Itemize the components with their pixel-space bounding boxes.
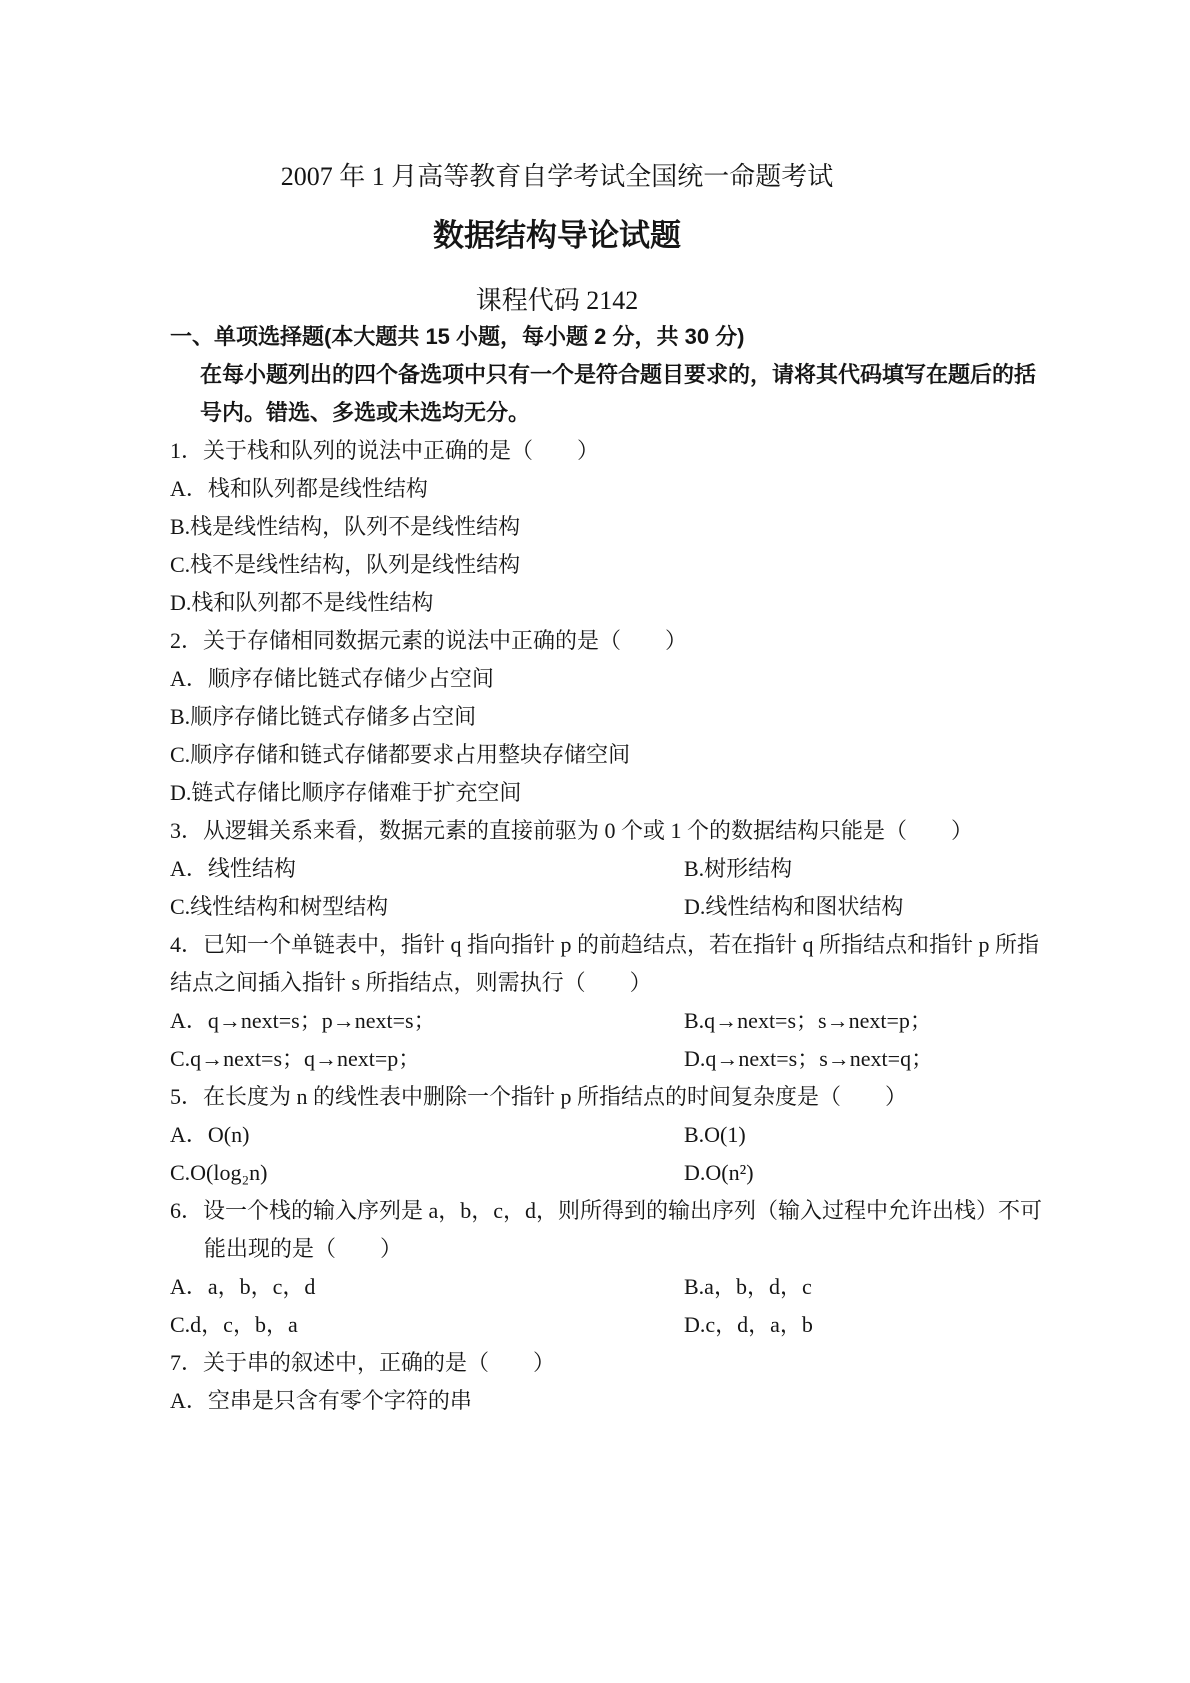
question-5-option-d: D.O(n²) bbox=[684, 1154, 1022, 1192]
question-6-options: A．a，b，c，d B.a，b，d，c C.d，c，b，a D.c，d，a，b bbox=[170, 1268, 1022, 1344]
question-7-option-a: A．空串是只含有零个字符的串 bbox=[170, 1382, 1022, 1420]
question-7-stem: 7．关于串的叙述中，正确的是（ ） bbox=[170, 1344, 1022, 1382]
question-3-option-c: C.线性结构和树型结构 bbox=[170, 888, 684, 926]
question-1-stem: 1．关于栈和队列的说法中正确的是（ ） bbox=[170, 432, 1022, 470]
course-code: 课程代码 2142 bbox=[131, 284, 983, 318]
exam-session-title: 2007 年 1 月高等教育自学考试全国统一命题考试 bbox=[131, 160, 983, 194]
question-5-options: A．O(n) B.O(1) C.O(log₂n) D.O(n²) bbox=[170, 1116, 1022, 1192]
exam-paper-page: 2007 年 1 月高等教育自学考试全国统一命题考试 数据结构导论试题 课程代码… bbox=[0, 0, 1190, 1683]
question-4-stem-line1: 4．已知一个单链表中，指针 q 指向指针 p 的前趋结点，若在指针 q 所指结点… bbox=[170, 926, 1022, 964]
question-6: 6．设一个栈的输入序列是 a，b，c，d，则所得到的输出序列（输入过程中允许出栈… bbox=[170, 1192, 1022, 1344]
paper-title: 数据结构导论试题 bbox=[131, 216, 983, 256]
question-5: 5．在长度为 n 的线性表中删除一个指针 p 所指结点的时间复杂度是（ ） A．… bbox=[170, 1078, 1022, 1192]
question-6-stem-line1: 6．设一个栈的输入序列是 a，b，c，d，则所得到的输出序列（输入过程中允许出栈… bbox=[170, 1192, 1022, 1230]
question-2-option-a: A．顺序存储比链式存储少占空间 bbox=[170, 660, 1022, 698]
paper-header: 2007 年 1 月高等教育自学考试全国统一命题考试 数据结构导论试题 课程代码… bbox=[131, 160, 983, 318]
question-3-option-a: A．线性结构 bbox=[170, 850, 684, 888]
question-4-option-c: C.q→next=s；q→next=p； bbox=[170, 1040, 684, 1078]
question-3-options: A．线性结构 B.树形结构 C.线性结构和树型结构 D.线性结构和图状结构 bbox=[170, 850, 1022, 926]
question-7: 7．关于串的叙述中，正确的是（ ） A．空串是只含有零个字符的串 bbox=[170, 1344, 1022, 1420]
question-6-option-d: D.c，d，a，b bbox=[684, 1306, 1022, 1344]
section-instructions-line1: 在每小题列出的四个备选项中只有一个是符合题目要求的，请将其代码填写在题后的括 bbox=[170, 356, 1022, 394]
question-5-option-c: C.O(log₂n) bbox=[170, 1154, 684, 1192]
question-6-option-b: B.a，b，d，c bbox=[684, 1268, 1022, 1306]
question-6-option-a: A．a，b，c，d bbox=[170, 1268, 684, 1306]
question-4-option-d: D.q→next=s；s→next=q； bbox=[684, 1040, 1022, 1078]
section-instructions-line2: 号内。错选、多选或未选均无分。 bbox=[170, 394, 1022, 432]
question-5-stem: 5．在长度为 n 的线性表中删除一个指针 p 所指结点的时间复杂度是（ ） bbox=[170, 1078, 1022, 1116]
question-6-stem-line2: 能出现的是（ ） bbox=[170, 1230, 1022, 1268]
question-5-option-b: B.O(1) bbox=[684, 1116, 1022, 1154]
question-1: 1．关于栈和队列的说法中正确的是（ ） A．栈和队列都是线性结构 B.栈是线性结… bbox=[170, 432, 1022, 622]
question-5-option-a: A．O(n) bbox=[170, 1116, 684, 1154]
question-4-option-b: B.q→next=s；s→next=p； bbox=[684, 1002, 1022, 1040]
question-2-option-c: C.顺序存储和链式存储都要求占用整块存储空间 bbox=[170, 736, 1022, 774]
question-2-option-b: B.顺序存储比链式存储多占空间 bbox=[170, 698, 1022, 736]
question-3: 3．从逻辑关系来看，数据元素的直接前驱为 0 个或 1 个的数据结构只能是（ ）… bbox=[170, 812, 1022, 926]
question-3-option-d: D.线性结构和图状结构 bbox=[684, 888, 1022, 926]
question-3-stem: 3．从逻辑关系来看，数据元素的直接前驱为 0 个或 1 个的数据结构只能是（ ） bbox=[170, 812, 1022, 850]
question-2: 2．关于存储相同数据元素的说法中正确的是（ ） A．顺序存储比链式存储少占空间 … bbox=[170, 622, 1022, 812]
question-4: 4．已知一个单链表中，指针 q 指向指针 p 的前趋结点，若在指针 q 所指结点… bbox=[170, 926, 1022, 1078]
question-2-option-d: D.链式存储比顺序存储难于扩充空间 bbox=[170, 774, 1022, 812]
question-6-option-c: C.d，c，b，a bbox=[170, 1306, 684, 1344]
question-1-option-b: B.栈是线性结构，队列不是线性结构 bbox=[170, 508, 1022, 546]
question-2-stem: 2．关于存储相同数据元素的说法中正确的是（ ） bbox=[170, 622, 1022, 660]
question-4-option-a: A．q→next=s；p→next=s； bbox=[170, 1002, 684, 1040]
section-heading: 一、单项选择题(本大题共 15 小题，每小题 2 分，共 30 分) bbox=[170, 318, 1022, 356]
question-4-stem-line2: 结点之间插入指针 s 所指结点，则需执行（ ） bbox=[170, 964, 1022, 1002]
question-1-option-c: C.栈不是线性结构，队列是线性结构 bbox=[170, 546, 1022, 584]
question-3-option-b: B.树形结构 bbox=[684, 850, 1022, 888]
question-1-option-d: D.栈和队列都不是线性结构 bbox=[170, 584, 1022, 622]
question-4-options: A．q→next=s；p→next=s； B.q→next=s；s→next=p… bbox=[170, 1002, 1022, 1078]
question-1-option-a: A．栈和队列都是线性结构 bbox=[170, 470, 1022, 508]
